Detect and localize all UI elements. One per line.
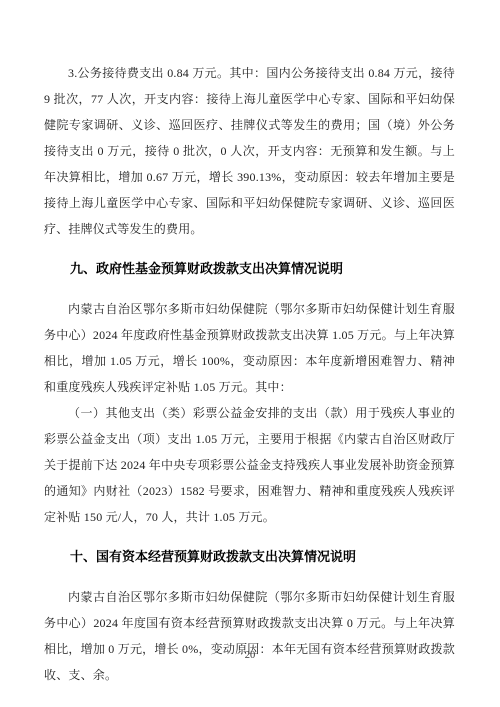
paragraph-state-capital-budget: 内蒙古自治区鄂尔多斯市妇幼保健院（鄂尔多斯市妇幼保健计划生育服务中心）2024 … [44,584,455,688]
page-content: 3.公务接待费支出 0.84 万元。其中：国内公务接待支出 0.84 万元，接待… [44,60,455,688]
section-heading-nine-gov-fund: 九、政府性基金预算财政拨款支出决算情况说明 [44,256,455,282]
paragraph-gov-fund-budget: 内蒙古自治区鄂尔多斯市妇幼保健院（鄂尔多斯市妇幼保健计划生育服务中心）2024 … [44,296,455,400]
paragraph-official-reception-expense: 3.公务接待费支出 0.84 万元。其中：国内公务接待支出 0.84 万元，接待… [44,60,455,242]
section-heading-ten-state-capital: 十、国有资本经营预算财政拨款支出决算情况说明 [44,544,455,570]
document-page: 3.公务接待费支出 0.84 万元。其中：国内公务接待支出 0.84 万元，接待… [0,0,500,707]
paragraph-lottery-fund-detail: （一）其他支出（类）彩票公益金安排的支出（款）用于残疾人事业的彩票公益金支出（项… [44,400,455,530]
page-number: 20 [0,650,500,661]
